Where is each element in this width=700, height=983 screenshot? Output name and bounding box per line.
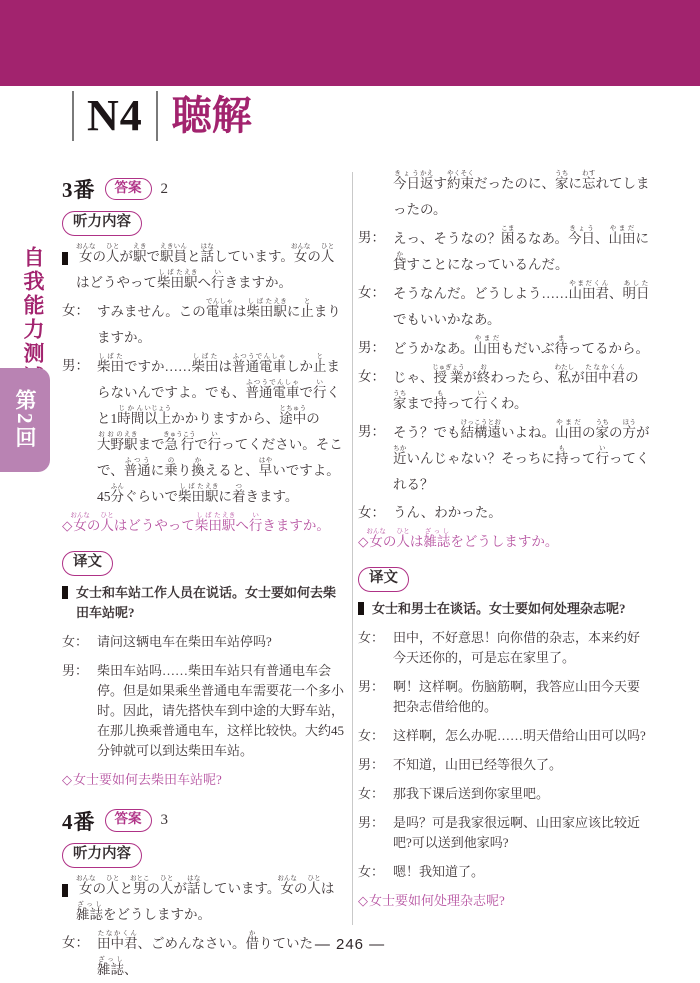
level-label: N4 <box>74 94 156 138</box>
dialogue-text: 啊！这样啊。伤脑筋啊，我答应山田今天要把杂志借给他的。 <box>393 677 650 717</box>
column-right: 女：今日きょう返かえす約束やくそくだったのに、家うちに忘わすれてしまったの。男：… <box>358 170 650 983</box>
dialogue-line: 男：えっ、そうなの？困こまるなあ。今日きょう、山田やまだに貸かすことになっている… <box>358 225 650 278</box>
narrator-bar-icon <box>358 602 364 615</box>
dialogue-line: 女：うん、わかった。 <box>358 500 650 526</box>
dialogue-line: 女：嗯！我知道了。 <box>358 862 650 882</box>
dialogue-text: 柴田车站吗……柴田车站只有普通电车会停。但是如果乘坐普通电车需要花一个多小时。因… <box>97 661 346 761</box>
section-header: 3番答案2 <box>62 174 346 204</box>
dialogue-text: そうなんだ。どうしよう……山田君やまだくん、明日あしたでもいいかなあ。 <box>393 280 650 333</box>
dialogue-text: えっ、そうなの？困こまるなあ。今日きょう、山田やまだに貸かすことになっているんだ… <box>393 225 650 278</box>
speaker-label: 女： <box>358 862 393 882</box>
section-header: 4番答案3 <box>62 806 346 836</box>
pill-row: 译文 <box>358 567 650 592</box>
dialogue-text: 今日きょう返かえす約束やくそくだったのに、家うちに忘わすれてしまったの。 <box>393 170 650 223</box>
speaker-label: 女： <box>62 632 97 652</box>
answer-value: 3 <box>161 812 169 829</box>
narrator-line: 女士和车站工作人员在说话。女士要如何去柴田车站呢? <box>62 583 346 623</box>
dialogue-line: 女：这样啊，怎么办呢……明天借给山田可以吗? <box>358 726 650 746</box>
narrator-line: 女士和男士在谈话。女士要如何处理杂志呢? <box>358 599 650 619</box>
column-left: 3番答案2听力内容女おんなの人ひとが駅えきで駅員えきいんと話はなしています。女お… <box>62 170 346 983</box>
speaker-label: 女： <box>358 784 393 804</box>
dialogue-line: 女：请问这辆电车在柴田车站停吗? <box>62 632 346 652</box>
dialogue-text: そう？でも結構けっこう遠とおいよね。山田やまだの家うちの方ほうが近ちかいんじゃな… <box>393 419 650 498</box>
top-color-bar <box>0 0 700 86</box>
dialogue-line: 女：すみません。この電車でんしゃは柴田しばた駅えきに止とまりますか。 <box>62 298 346 351</box>
answer-badge: 答案 <box>105 809 152 832</box>
speaker-label: 男： <box>358 225 393 278</box>
column-divider <box>352 172 353 925</box>
speaker-label: 男： <box>62 353 97 510</box>
dialogue-text: どうかなあ。山田やまだもだいぶ待まってるから。 <box>393 335 650 362</box>
question-line: ◇女おんなの人ひとは雑誌ざっしをどうしますか。 <box>358 528 650 555</box>
speaker-label: 男： <box>62 661 97 761</box>
speaker-label: 男： <box>358 335 393 362</box>
section-number: 3番 <box>62 174 96 204</box>
narrator-line: 女おんなの人ひとと男おとこの人ひとが話はなしています。女おんなの人ひとは雑誌ざっ… <box>62 875 346 928</box>
section-pill-label: 听力内容 <box>62 211 142 236</box>
dialogue-line: 男：柴田しばたですか……柴田しばたは普通電車ふつうでんしゃしか止とまらないんです… <box>62 353 346 510</box>
narrator-text: 女士和车站工作人员在说话。女士要如何去柴田车站呢? <box>76 583 346 623</box>
diamond-icon: ◇ <box>358 893 368 908</box>
dialogue-text: うん、わかった。 <box>393 500 650 526</box>
question-line: ◇女士要如何处理杂志呢? <box>358 891 650 911</box>
dialogue-text: 这样啊，怎么办呢……明天借给山田可以吗? <box>393 726 650 746</box>
speaker-label: 女： <box>358 628 393 668</box>
dialogue-text: 嗯！我知道了。 <box>393 862 650 882</box>
dialogue-line: 女：今日きょう返かえす約束やくそくだったのに、家うちに忘わすれてしまったの。 <box>358 170 650 223</box>
dialogue-text: 不知道，山田已经等很久了。 <box>393 755 650 775</box>
dialogue-line: 男：そう？でも結構けっこう遠とおいよね。山田やまだの家うちの方ほうが近ちかいんじ… <box>358 419 650 498</box>
section-pill-label: 听力内容 <box>62 843 142 868</box>
speaker-label: 男： <box>358 813 393 853</box>
answer-badge: 答案 <box>105 178 152 201</box>
dialogue-line: 女：じゃ、授業じゅぎょうが終おわったら、私わたしが田中君たなかくんの家うちまで持… <box>358 364 650 417</box>
dialogue-text: 柴田しばたですか……柴田しばたは普通電車ふつうでんしゃしか止とまらないんですよ。… <box>97 353 346 510</box>
narrator-text: 女おんなの人ひとが駅えきで駅員えきいんと話はなしています。女おんなの人ひとはどう… <box>76 243 346 296</box>
dialogue-text: 请问这辆电车在柴田车站停吗? <box>97 632 346 652</box>
dialogue-line: 女：田中，不好意思！向你借的杂志，本来约好今天还你的，可是忘在家里了。 <box>358 628 650 668</box>
dialogue-text: 那我下课后送到你家里吧。 <box>393 784 650 804</box>
speaker-label: 女： <box>62 298 97 351</box>
speaker-label: 男： <box>358 755 393 775</box>
section-pill-label: 译文 <box>62 551 113 576</box>
dialogue-line: 女：そうなんだ。どうしよう……山田君やまだくん、明日あしたでもいいかなあ。 <box>358 280 650 333</box>
dialogue-line: 男：どうかなあ。山田やまだもだいぶ待まってるから。 <box>358 335 650 362</box>
narrator-bar-icon <box>62 252 68 265</box>
pill-row: 听力内容 <box>62 211 346 236</box>
page-number: — 246 — <box>0 936 700 953</box>
dialogue-line: 男：啊！这样啊。伤脑筋啊，我答应山田今天要把杂志借给他的。 <box>358 677 650 717</box>
narrator-line: 女おんなの人ひとが駅えきで駅員えきいんと話はなしています。女おんなの人ひとはどう… <box>62 243 346 296</box>
section-number: 4番 <box>62 806 96 836</box>
narrator-bar-icon <box>62 586 68 599</box>
question-line: ◇女おんなの人ひとはどうやって柴田しばた駅えきへ行いきますか。 <box>62 512 346 539</box>
narrator-text: 女士和男士在谈话。女士要如何处理杂志呢? <box>372 599 650 619</box>
section-pill-label: 译文 <box>358 567 409 592</box>
speaker-label: 男： <box>358 677 393 717</box>
dialogue-line: 男：柴田车站吗……柴田车站只有普通电车会停。但是如果乘坐普通电车需要花一个多小时… <box>62 661 346 761</box>
answer-value: 2 <box>161 181 169 198</box>
dialogue-line: 男：是吗？可是我家很远啊、山田家应该比较近吧?可以送到他家吗? <box>358 813 650 853</box>
dialogue-line: 男：不知道，山田已经等很久了。 <box>358 755 650 775</box>
dialogue-text: じゃ、授業じゅぎょうが終おわったら、私わたしが田中君たなかくんの家うちまで持もっ… <box>393 364 650 417</box>
narrator-text: 女おんなの人ひとと男おとこの人ひとが話はなしています。女おんなの人ひとは雑誌ざっ… <box>76 875 346 928</box>
speaker-label: 女： <box>358 280 393 333</box>
speaker-label: 女： <box>358 500 393 526</box>
speaker-label: 女： <box>358 364 393 417</box>
dialogue-line: 女：那我下课后送到你家里吧。 <box>358 784 650 804</box>
narrator-bar-icon <box>62 884 68 897</box>
dialogue-text: すみません。この電車でんしゃは柴田しばた駅えきに止とまりますか。 <box>97 298 346 351</box>
speaker-label: 男： <box>358 419 393 498</box>
content-area: 3番答案2听力内容女おんなの人ひとが駅えきで駅員えきいんと話はなしています。女お… <box>62 170 652 983</box>
dialogue-text: 田中，不好意思！向你借的杂志，本来约好今天还你的，可是忘在家里了。 <box>393 628 650 668</box>
diamond-icon: ◇ <box>62 772 72 787</box>
question-line: ◇女士要如何去柴田车站呢? <box>62 770 346 790</box>
page-header: N4 聴解 <box>72 90 252 142</box>
pill-row: 听力内容 <box>62 843 346 868</box>
speaker-label: 女： <box>358 726 393 746</box>
page-title: 聴解 <box>158 96 252 136</box>
round-badge: 第2回 <box>0 368 50 472</box>
dialogue-text: 是吗？可是我家很远啊、山田家应该比较近吧?可以送到他家吗? <box>393 813 650 853</box>
pill-row: 译文 <box>62 551 346 576</box>
